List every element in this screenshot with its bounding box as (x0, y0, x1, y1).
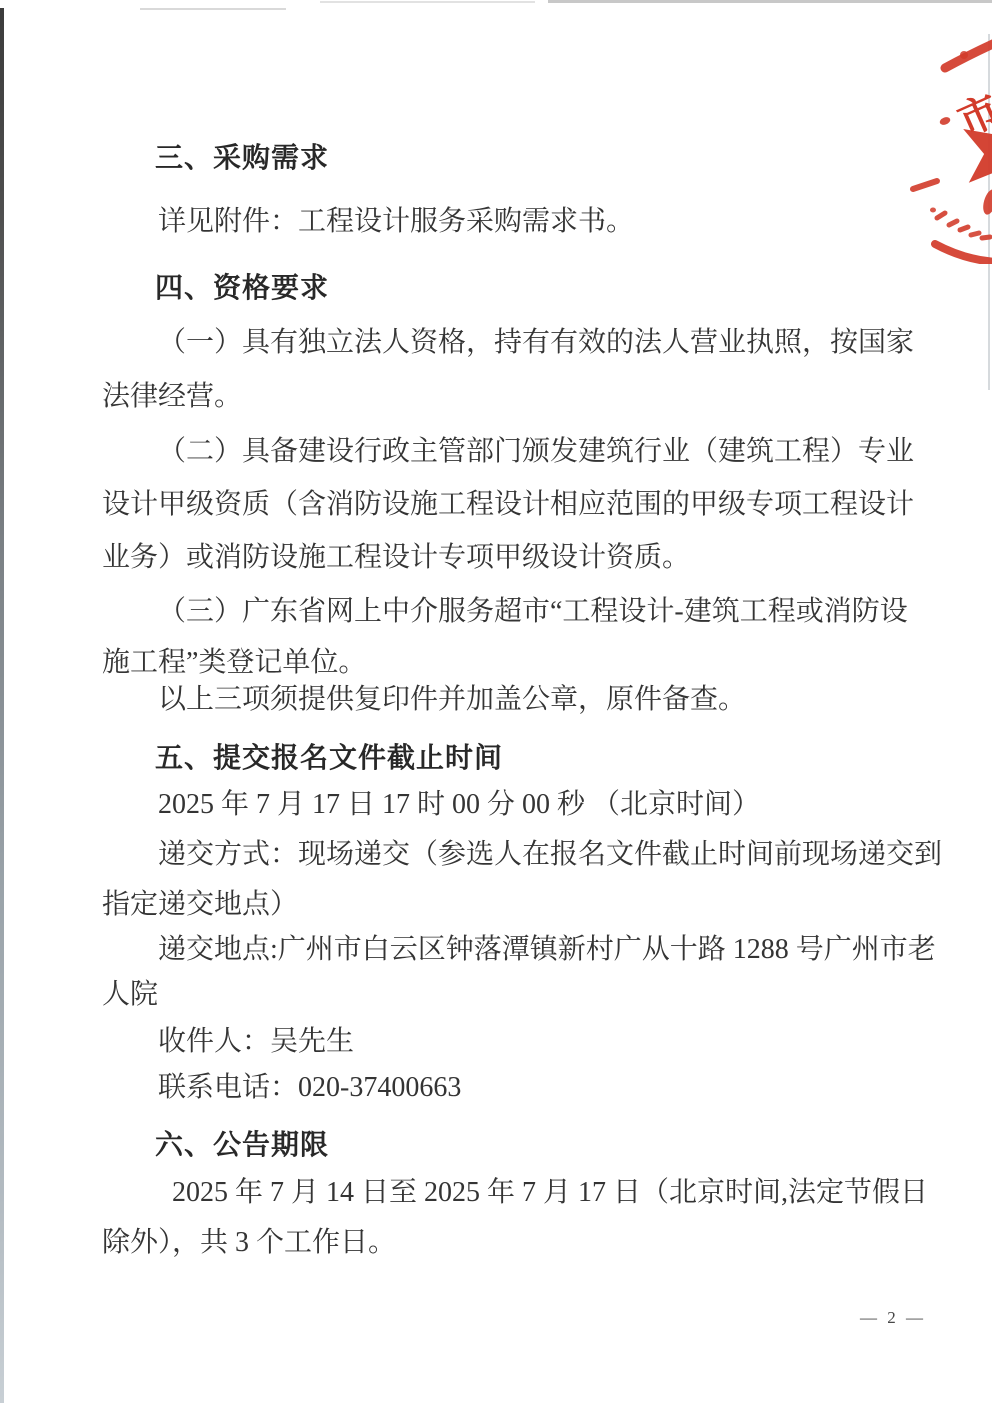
scan-edge-top-mark (320, 1, 535, 3)
qualification-item3-line1: （三）广东省网上中介服务超市“工程设计-建筑工程或消防设 (158, 592, 908, 632)
delivery-address-line2: 人院 (102, 975, 158, 1015)
document-page: 市 三、采购需求 详见附件：工程设计服务采购需求书。 四、资格要求 （一）具有独… (0, 0, 992, 1403)
qualification-item2-line2: 设计甲级资质（含消防设施工程设计相应范围的甲级专项工程设计 (102, 485, 914, 525)
delivery-address-line1: 递交地点:广州市白云区钟落潭镇新村广从十路 1288 号广州市老 (158, 930, 936, 970)
scan-edge-top-mark (548, 0, 992, 3)
section3-heading: 三、采购需求 (155, 138, 329, 178)
announcement-period-line2: 除外），共 3 个工作日。 (102, 1223, 396, 1263)
page-number: — 2 — (860, 1303, 926, 1333)
deadline-datetime-line: 2025 年 7 月 17 日 17 时 00 分 00 秒 （北京时间） (158, 785, 760, 825)
section3-attachment-line: 详见附件：工程设计服务采购需求书。 (158, 202, 634, 242)
qualification-item2-line1: （二）具备建设行政主管部门颁发建筑行业（建筑工程）专业 (158, 432, 914, 472)
section6-heading: 六、公告期限 (155, 1125, 329, 1165)
scan-edge-left-line (0, 8, 4, 1403)
official-seal-stamp-icon: 市 (897, 28, 992, 264)
delivery-method-line2: 指定递交地点） (102, 885, 298, 925)
recipient-line: 收件人：吴先生 (158, 1022, 354, 1062)
qualification-item1-line2: 法律经营。 (102, 377, 242, 417)
announcement-period-line1: 2025 年 7 月 14 日至 2025 年 7 月 17 日（北京时间,法定… (172, 1173, 928, 1213)
qualification-item1-line1: （一）具有独立法人资格，持有有效的法人营业执照，按国家 (158, 323, 914, 363)
qualification-note-line: 以上三项须提供复印件并加盖公章，原件备查。 (158, 680, 746, 720)
qualification-item2-line3: 业务）或消防设施工程设计专项甲级设计资质。 (102, 538, 690, 578)
section4-heading: 四、资格要求 (155, 268, 329, 308)
qualification-item3-line2: 施工程”类登记单位。 (102, 643, 366, 683)
phone-line: 联系电话：020-37400663 (158, 1068, 461, 1108)
section5-heading: 五、提交报名文件截止时间 (155, 738, 503, 778)
delivery-method-line1: 递交方式：现场递交（参选人在报名文件截止时间前现场递交到 (158, 835, 942, 875)
scan-edge-top-mark (140, 8, 286, 10)
